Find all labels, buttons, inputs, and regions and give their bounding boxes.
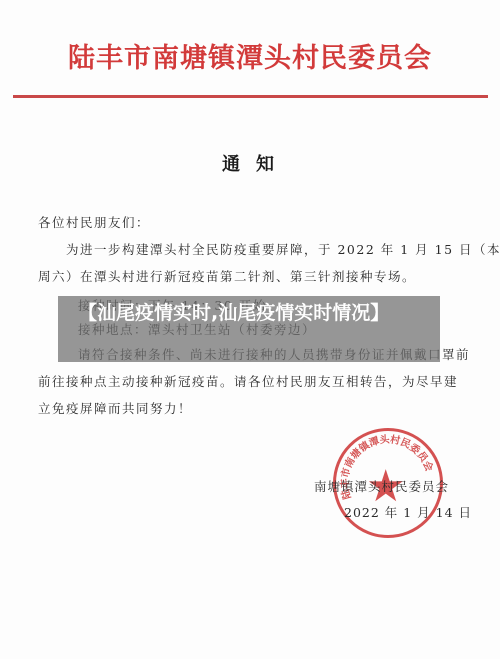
body-line: 立免疫屏障而共同努力！ [38,399,192,417]
letterhead-title: 陆丰市南塘镇潭头村民委员会 [0,36,500,75]
signature-issuer: 南塘镇潭头村民委员会 [314,477,449,495]
notice-title: 通知 [0,150,500,176]
body-line: 周六）在潭头村进行新冠疫苗第二针剂、第三针剂接种专场。 [38,267,416,285]
salutation: 各位村民朋友们： [38,213,150,231]
letterhead-rule [13,95,488,98]
caption-overlay-text: 【汕尾疫情实时,汕尾疫情实时情况】 [78,301,428,325]
signature-date: 2022 年 1 月 14 日 [344,503,472,521]
body-line: 前往接种点主动接种新冠疫苗。请各位村民朋友互相转告，为尽早建 [38,372,458,390]
body-line: 为进一步构建潭头村全民防疫重要屏障，于 2022 年 1 月 15 日（本 [66,240,500,258]
